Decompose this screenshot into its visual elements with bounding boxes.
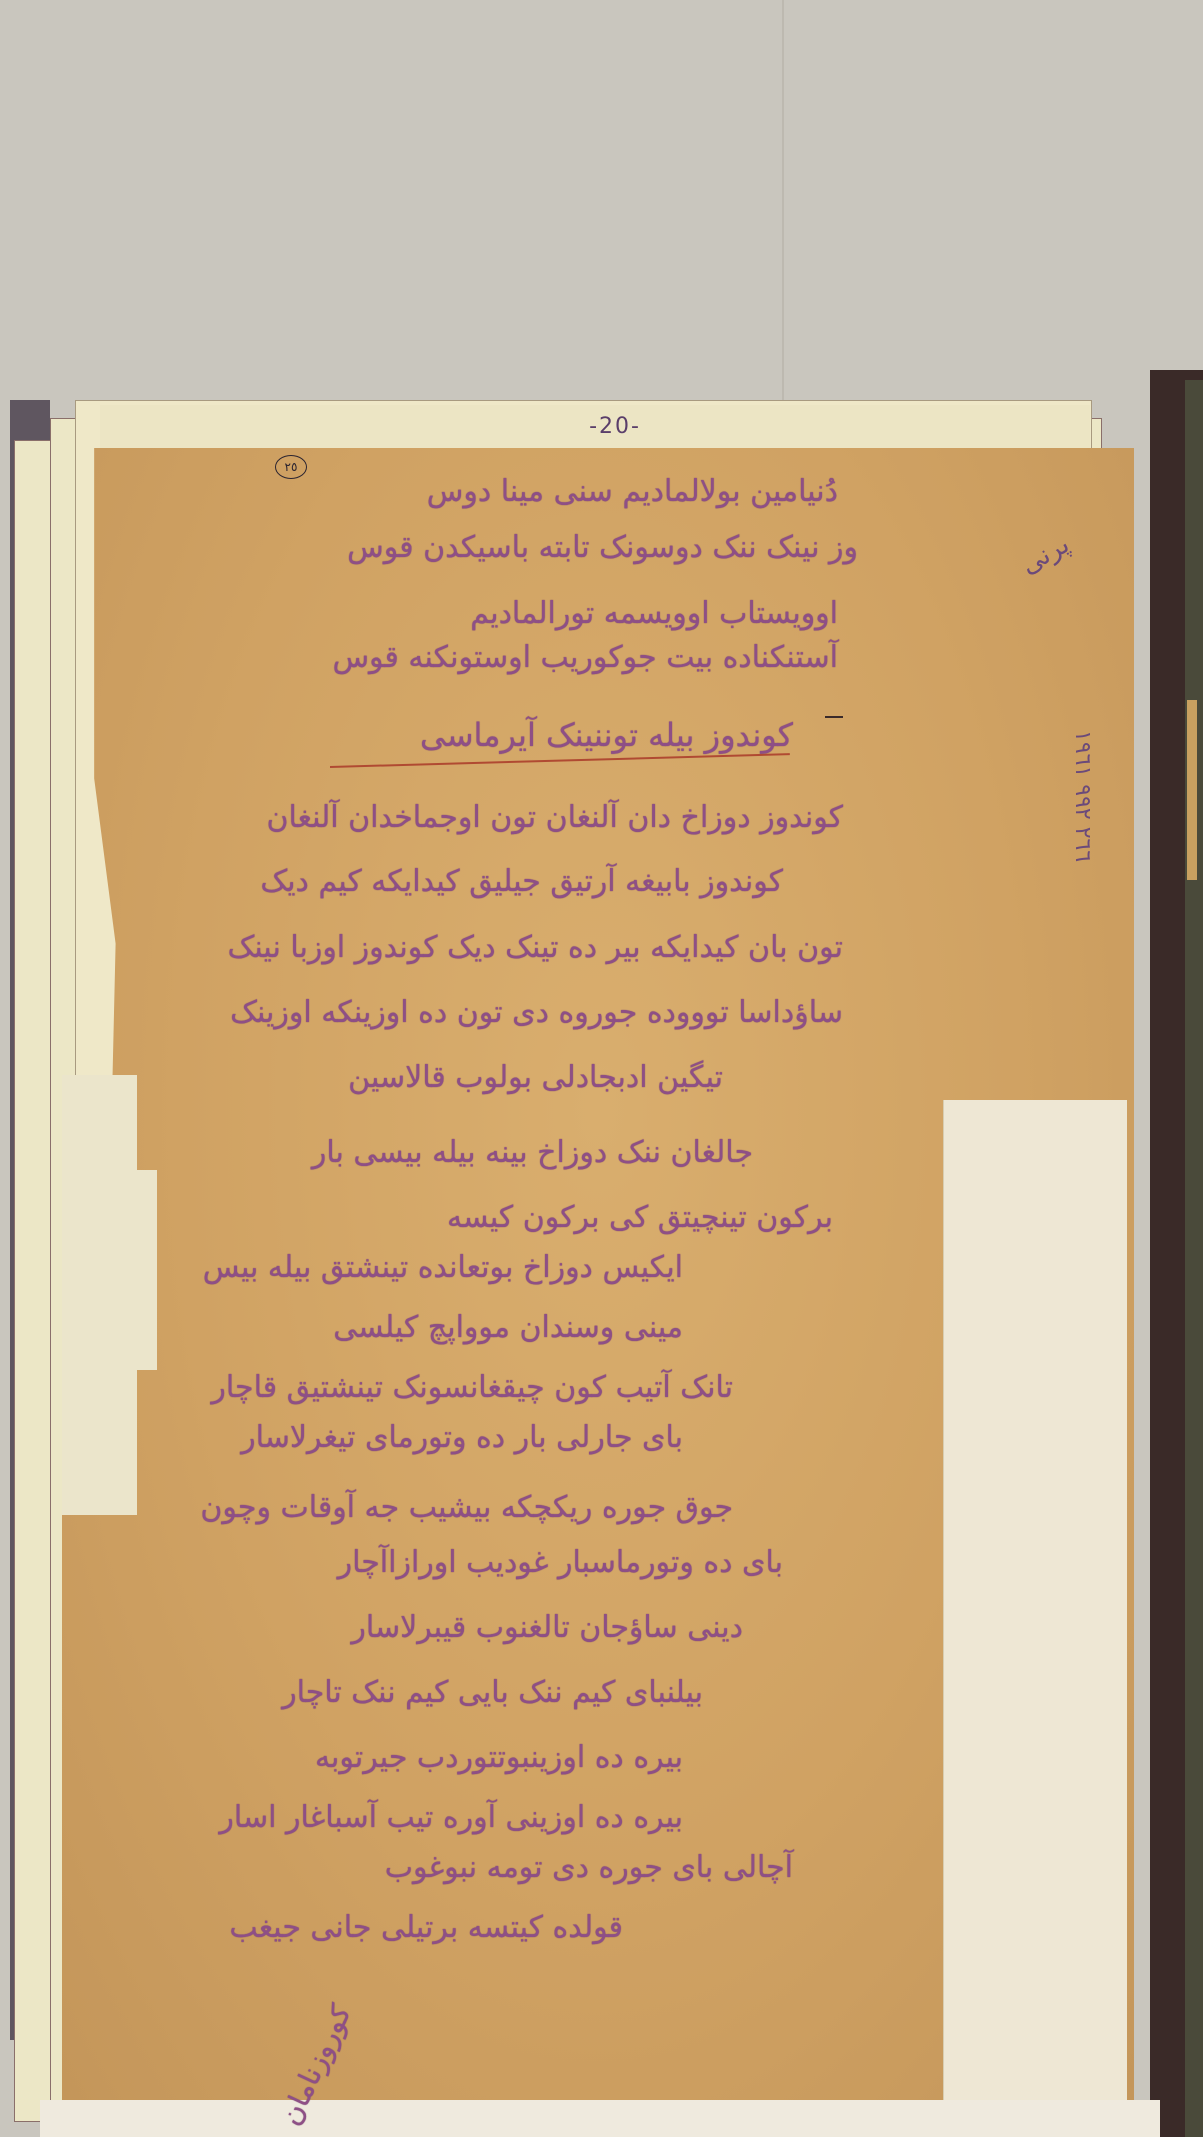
body-line: تون بان کیدایکه بیر ده تینک دیک کوندوز ا… xyxy=(228,930,844,965)
verse-line: وز نینک ننک دوسونک تابته باسیکدن قوس xyxy=(347,530,858,565)
page-number: -20- xyxy=(560,414,670,439)
body-line: دینی ساؤجان تالغنوب قیبرلاسار xyxy=(351,1610,743,1645)
body-line: برکون تینچیتق کی برکون کیسه xyxy=(447,1200,833,1235)
backdrop-seam xyxy=(782,0,784,400)
body-line: بای ده وتورماسبار غودیب اورازاآچار xyxy=(338,1545,783,1580)
folio-number: ٢٥ xyxy=(275,455,307,479)
body-line: آچالی بای جوره دی تومه نبوغوب xyxy=(385,1850,793,1885)
verse-line: اوویستاب اوویسمه تورالمادیم xyxy=(470,596,838,631)
neighbor-page-edge xyxy=(1185,380,1203,2137)
paper-repair-left-tab xyxy=(62,1170,157,1370)
verse-line: دُنیامین بولالمادیم سنی مینا دوس xyxy=(427,474,838,509)
margin-vertical-note: ٢٦٦ ٩٩٢ ١٩٦١ xyxy=(1070,730,1095,862)
body-line: بای جارلی بار ده وتورمای تیغرلاسار xyxy=(241,1420,683,1455)
body-line: مینی وسندان موواپچ کیلسی xyxy=(333,1310,683,1345)
body-line: بیره ده اوزینبوتتوردب جیرتوبه xyxy=(315,1740,683,1775)
body-line: ایکیس دوزاخ بوتعانده تینشتق بیله بیس xyxy=(203,1250,683,1285)
body-line: قولده کیتسه برتیلی جانی جیغب xyxy=(229,1910,623,1945)
body-line: تانک آتیب کون چیقغانسونک تینشتیق قاچار xyxy=(211,1370,733,1405)
body-line: ساؤداسا توووده جوروه دی تون ده اوزینکه ا… xyxy=(230,995,843,1030)
body-line: بیره ده اوزینی آوره تیب آسباغار اسار xyxy=(219,1800,683,1835)
verse-line: آستنکناده بیت جوکوریب اوستونکنه قوس xyxy=(332,640,838,675)
section-title: کوندوز بیله توننینک آیرماسی xyxy=(420,716,793,754)
paper-repair-right xyxy=(943,1100,1127,2110)
body-line: بیلنبای کیم ننک بایی کیم ننک تاچار xyxy=(282,1675,703,1710)
body-line: کوندوز بابیغه آرتیق جیلیق کیدایکه کیم دی… xyxy=(260,864,783,899)
margin-dash xyxy=(825,716,843,718)
body-line: جالغان ننک دوزاخ بینه بیله بیسی بار xyxy=(312,1135,753,1170)
body-line: جوق جوره ریکچکه بیشیب جه آوقات وچون xyxy=(200,1490,733,1525)
body-line: تیگین ادبجادلی بولوب قالاسین xyxy=(348,1060,723,1095)
body-line: کوندوز دوزاخ دان آلنغان تون اوجماخدان آل… xyxy=(266,800,843,835)
mount-bottom-edge xyxy=(40,2100,1160,2137)
